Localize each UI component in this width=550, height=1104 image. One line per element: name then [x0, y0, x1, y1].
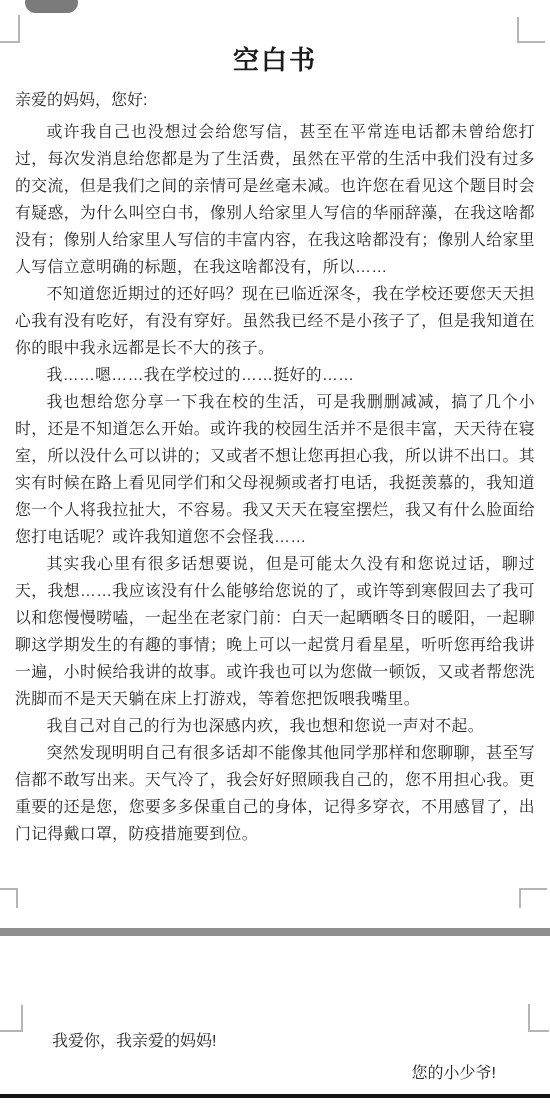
scanned-letter-view: 空白书 亲爱的妈妈，您好: 或许我自己也没想过会给您写信，甚至在平常连电话都未曾…: [0, 0, 550, 1104]
page-divider-bar: [0, 928, 550, 936]
letter-paragraph-4: 我也想给您分享一下我在校的生活，可是我删删减减，搞了几个小时，还是不知道怎么开始…: [15, 389, 535, 551]
bottom-border-line: [0, 1094, 550, 1098]
letter-paragraph-6: 我自己对自己的行为也深感内疚，我也想和您说一声对不起。: [15, 713, 535, 740]
crop-corner-page2-top-left: [0, 1005, 23, 1032]
letter-closing-line: 我爱你，我亲爱的妈妈!: [52, 1031, 216, 1053]
letter-signature-line: 您的小少爷!: [412, 1063, 496, 1085]
letter-paragraph-7: 突然发现明明自己有很多话却不能像其他同学那样和您聊聊，甚至写信都不敢写出来。天气…: [15, 740, 535, 848]
letter-paragraph-1: 或许我自己也没想过会给您写信，甚至在平常连电话都未曾给您打过，每次发消息给您都是…: [15, 119, 535, 281]
letter-page-1: 空白书 亲爱的妈妈，您好: 或许我自己也没想过会给您写信，甚至在平常连电话都未曾…: [0, 0, 550, 848]
crop-corner-page1-bottom-left: [0, 888, 18, 908]
letter-paragraph-2: 不知道您近期过的还好吗？现在已临近深冬，我在学校还要您天天担心我有没有吃好，有没…: [15, 281, 535, 362]
letter-title: 空白书: [15, 0, 535, 76]
crop-corner-page2-top-right: [528, 1004, 549, 1032]
letter-paragraph-3: 我……嗯……我在学校过的……挺好的……: [15, 362, 535, 389]
letter-paragraph-5: 其实我心里有很多话想要说，但是可能太久没有和您说过话，聊过天，我想……我应该没有…: [15, 551, 535, 713]
letter-greeting: 亲爱的妈妈，您好:: [15, 89, 535, 112]
crop-corner-page1-bottom-right: [519, 888, 547, 908]
